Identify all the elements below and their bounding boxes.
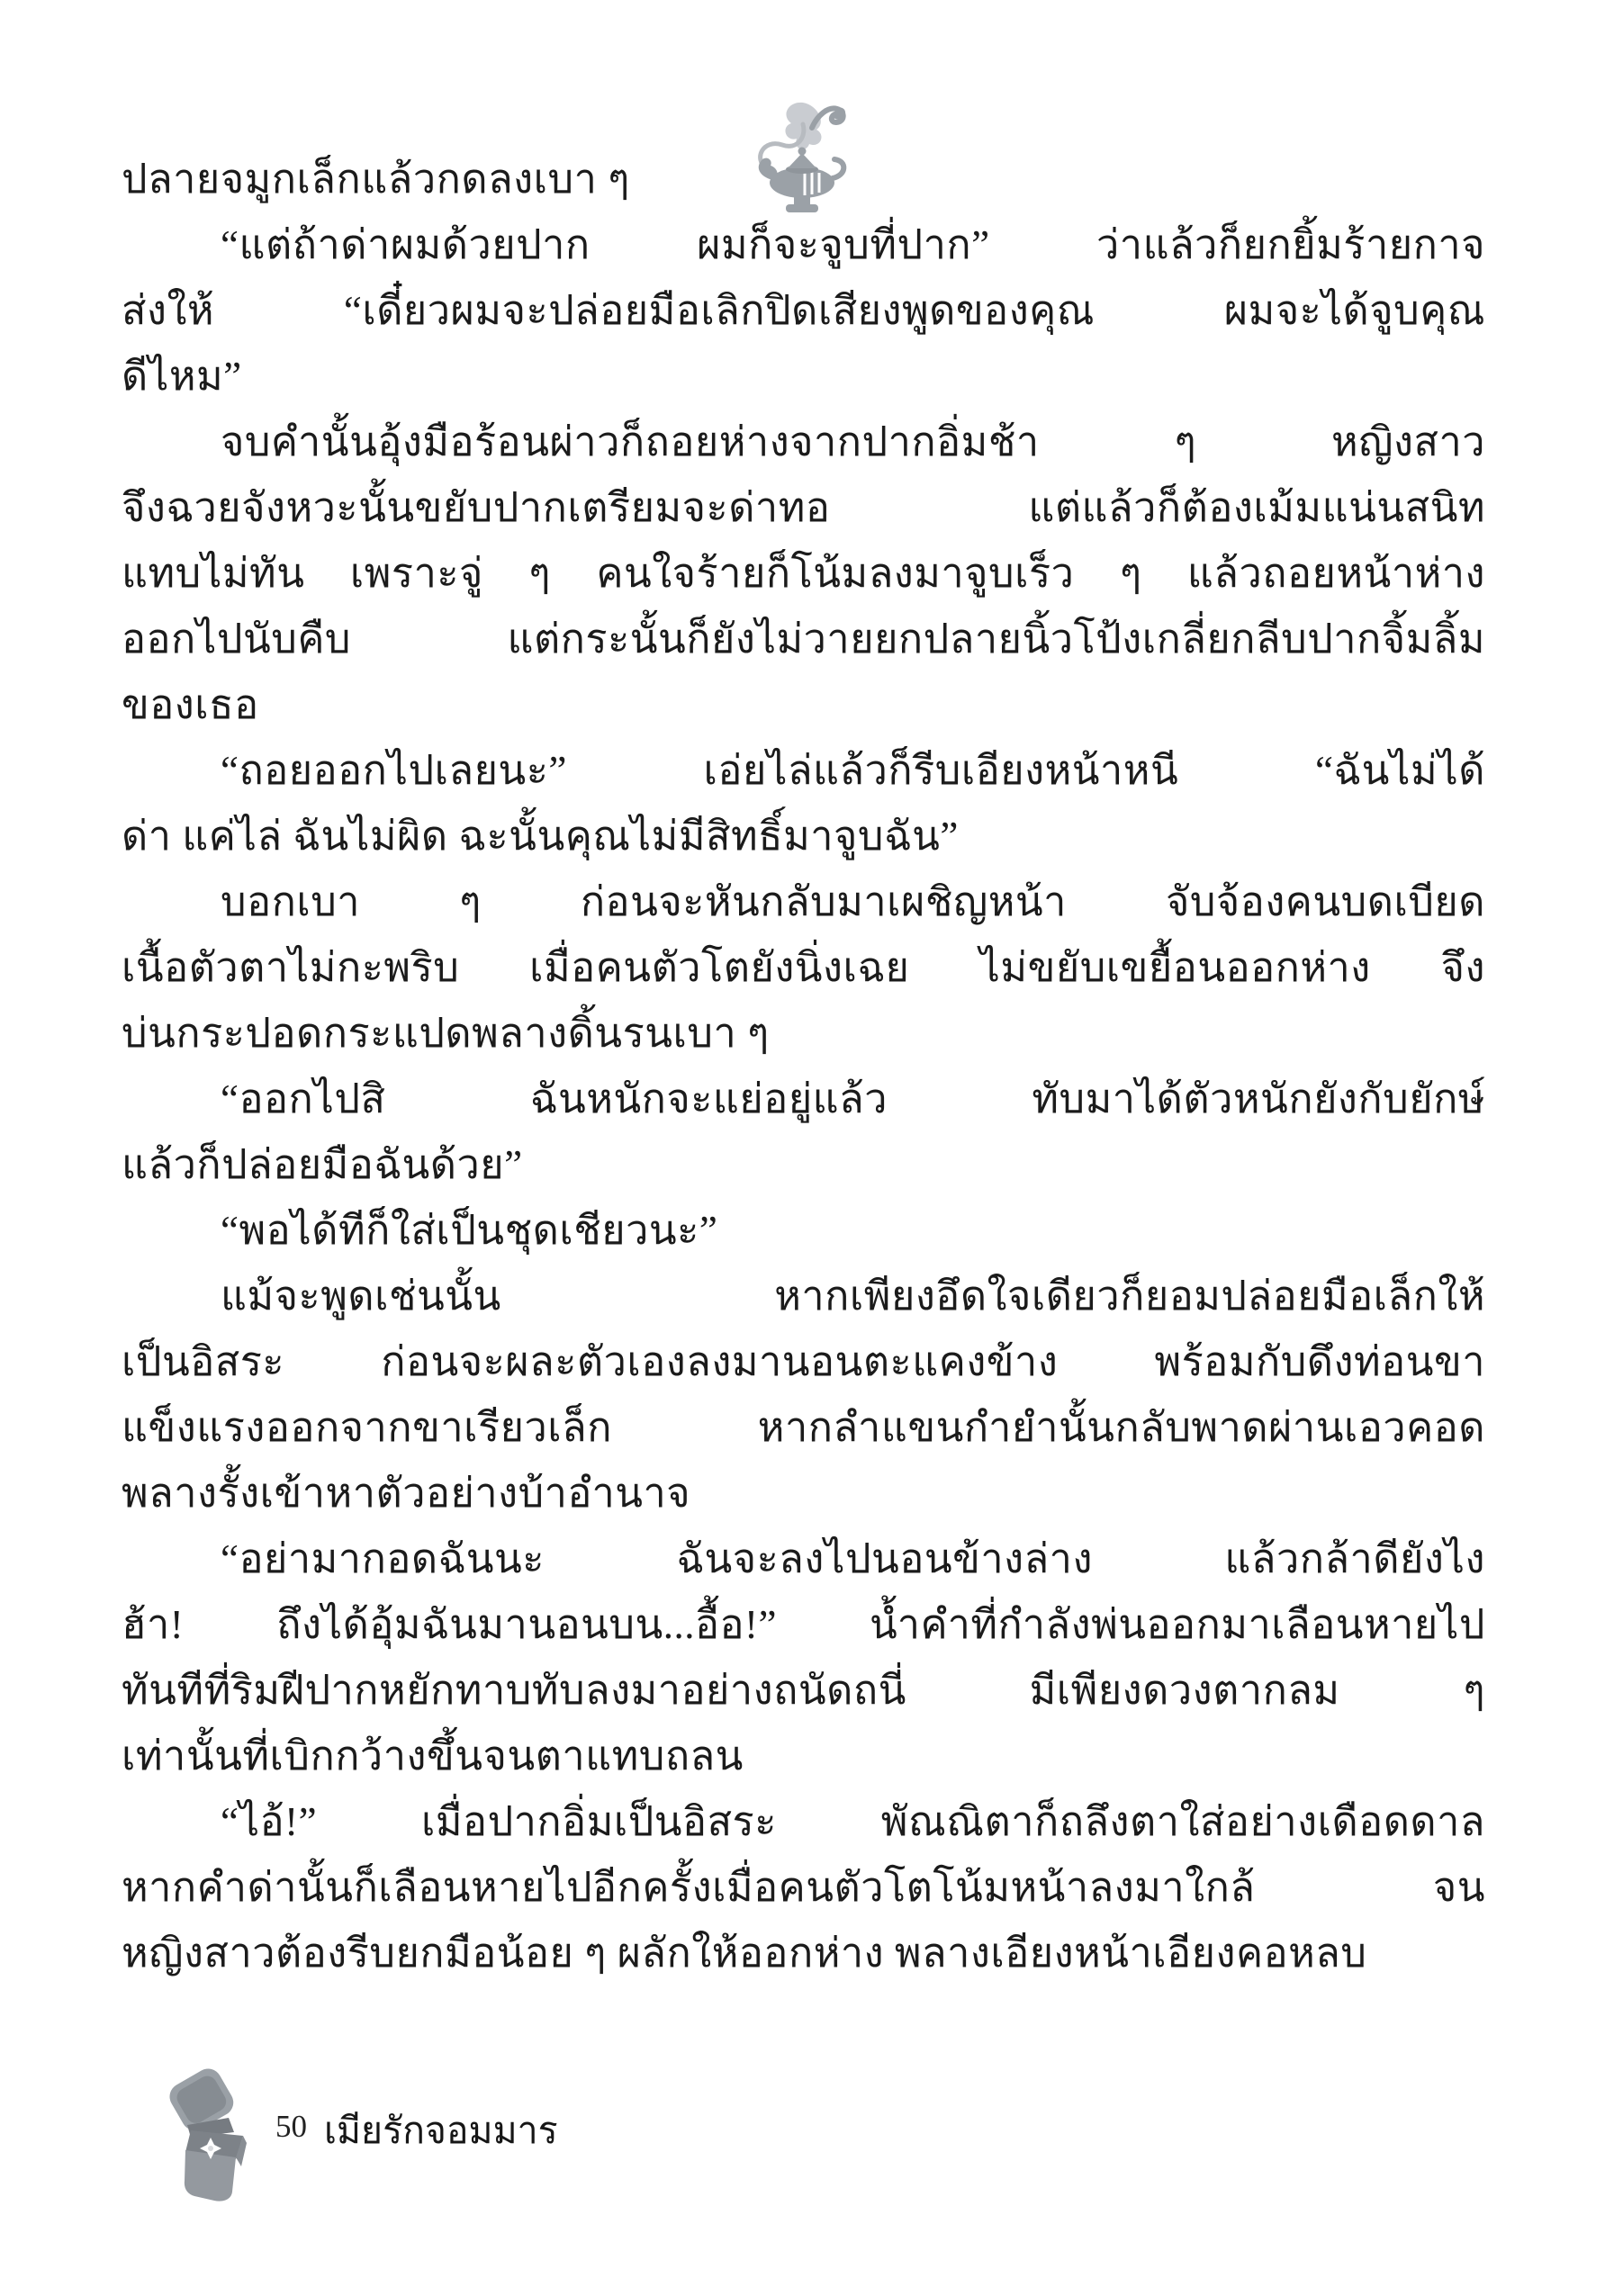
text-line: “พอได้ทีก็ใส่เป็นชุดเชียวนะ” (122, 1198, 1485, 1264)
text-line: แม้จะพูดเช่นนั้น หากเพียงอึดใจเดียวก็ยอม… (122, 1264, 1485, 1329)
page-number: 50 (275, 2109, 307, 2145)
text-line: “อย่ามากอดฉันนะ ฉันจะลงไปนอนข้างล่าง แล้… (122, 1526, 1485, 1592)
text-line: พลางรั้งเข้าหาตัวอย่างบ้าอำนาจ (122, 1461, 1485, 1526)
text-line: เนื้อตัวตาไม่กะพริบ เมื่อคนตัวโตยังนิ่งเ… (122, 935, 1485, 1001)
text-line: จึงฉวยจังหวะนั้นขยับปากเตรียมจะด่าทอ แต่… (122, 475, 1485, 541)
text-line: “ออกไปสิ ฉันหนักจะแย่อยู่แล้ว ทับมาได้ตั… (122, 1067, 1485, 1132)
text-line: ส่งให้ “เดี๋ยวผมจะปล่อยมือเลิกปิดเสียงพู… (122, 278, 1485, 344)
book-title: เมียรักจอมมาร (324, 2102, 558, 2160)
text-line: แข็งแรงออกจากขาเรียวเล็ก หากลำแขนกำยำนั้… (122, 1395, 1485, 1461)
text-line: หากคำด่านั้นก็เลือนหายไปอีกครั้งเมื่อคนต… (122, 1855, 1485, 1921)
text-line: แทบไม่ทัน เพราะจู่ ๆ คนใจร้ายก็โน้มลงมาจ… (122, 541, 1485, 607)
text-line: ด่า แค่ไล่ ฉันไม่ผิด ฉะนั้นคุณไม่มีสิทธิ… (122, 804, 1485, 869)
text-line: แล้วก็ปล่อยมือฉันด้วย” (122, 1132, 1485, 1198)
text-line: “ไอ้!” เมื่อปากอิ่มเป็นอิสระ พัณณิตาก็ถล… (122, 1789, 1485, 1855)
text-line: บอกเบา ๆ ก่อนจะหันกลับมาเผชิญหน้า จับจ้อ… (122, 869, 1485, 935)
text-line: “ถอยออกไปเลยนะ” เอ่ยไล่แล้วก็รีบเอียงหน้… (122, 738, 1485, 804)
text-line: “แต่ถ้าด่าผมด้วยปาก ผมก็จะจูบที่ปาก” ว่า… (122, 212, 1485, 278)
book-page: ปลายจมูกเล็กแล้วกดลงเบา ๆ“แต่ถ้าด่าผมด้ว… (0, 0, 1605, 2296)
ring-box-icon (169, 2066, 259, 2212)
text-line: ทันทีที่ริมฝีปากหยักทาบทับลงมาอย่างถนัดถ… (122, 1658, 1485, 1724)
page-footer: 50 เมียรักจอมมาร (169, 2066, 799, 2210)
text-line: เป็นอิสระ ก่อนจะผละตัวเองลงมานอนตะแคงข้า… (122, 1329, 1485, 1395)
text-line: ดีไหม” (122, 344, 1485, 410)
text-line: ออกไปนับคืบ แต่กระนั้นก็ยังไม่วายยกปลายน… (122, 607, 1485, 672)
text-line: บ่นกระปอดกระแปดพลางดิ้นรนเบา ๆ (122, 1001, 1485, 1067)
text-line: ฮ้า! ถึงได้อุ้มฉันมานอนบน...อื้อ!” น้ำคำ… (122, 1592, 1485, 1658)
page-text: ปลายจมูกเล็กแล้วกดลงเบา ๆ“แต่ถ้าด่าผมด้ว… (122, 147, 1485, 1986)
text-line: จบคำนั้นอุ้งมือร้อนผ่าวก็ถอยห่างจากปากอิ… (122, 410, 1485, 475)
text-line: เท่านั้นที่เบิกกว้างขึ้นจนตาแทบถลน (122, 1724, 1485, 1789)
text-line: ของเธอ (122, 672, 1485, 738)
text-line: ปลายจมูกเล็กแล้วกดลงเบา ๆ (122, 147, 1485, 212)
text-line: หญิงสาวต้องรีบยกมือน้อย ๆ ผลักให้ออกห่าง… (122, 1921, 1485, 1986)
